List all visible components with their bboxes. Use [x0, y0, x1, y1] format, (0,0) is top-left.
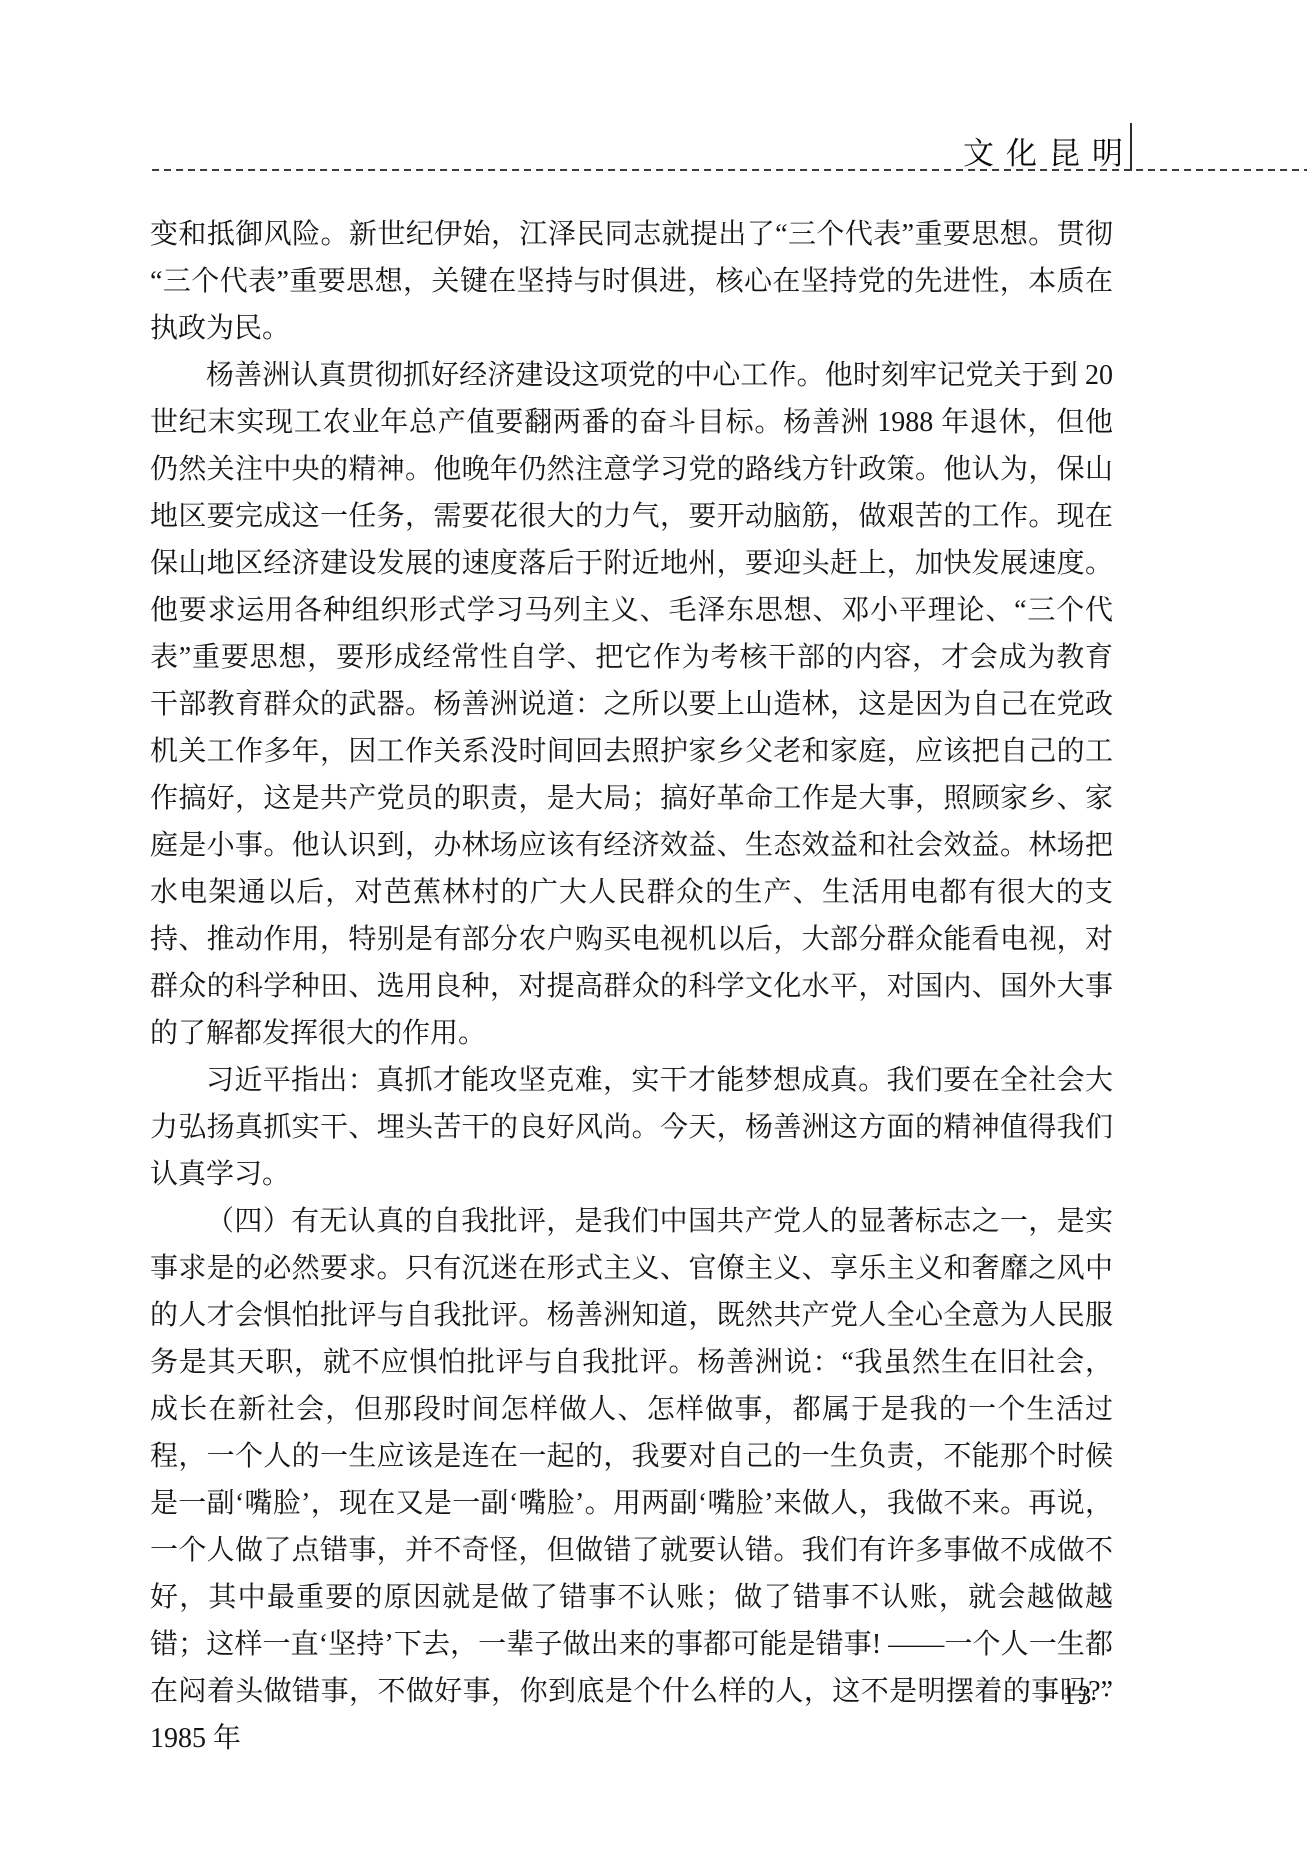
- page-footer: · 13 ·: [150, 1680, 1113, 1711]
- body-paragraph-continuation: 变和抵御风险。新世纪伊始，江泽民同志就提出了“三个代表”重要思想。贯彻“三个代表…: [150, 211, 1113, 352]
- body-paragraph: 习近平指出：真抓才能攻坚克难，实干才能梦想成真。我们要在全社会大力弘扬真抓实干、…: [150, 1057, 1113, 1198]
- body-paragraph: （四）有无认真的自我批评，是我们中国共产党人的显著标志之一，是实事求是的必然要求…: [150, 1198, 1113, 1762]
- header-vertical-rule: [1130, 123, 1132, 171]
- body-text: 变和抵御风险。新世纪伊始，江泽民同志就提出了“三个代表”重要思想。贯彻“三个代表…: [150, 211, 1113, 1762]
- document-page: 文化昆明 变和抵御风险。新世纪伊始，江泽民同志就提出了“三个代表”重要思想。贯彻…: [0, 0, 1307, 1859]
- running-head-title: 文化昆明: [963, 128, 1135, 173]
- body-paragraph: 杨善洲认真贯彻抓好经济建设这项党的中心工作。他时刻牢记党关于到 20 世纪末实现…: [150, 352, 1113, 1057]
- header-dashed-rule: [152, 169, 1307, 171]
- page-number: · 13 ·: [1043, 1680, 1113, 1710]
